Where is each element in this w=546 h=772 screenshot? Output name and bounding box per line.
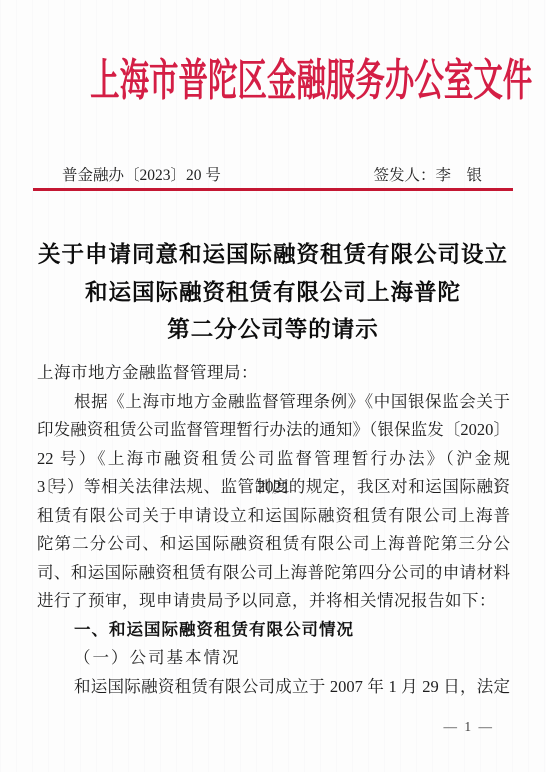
document-number: 普金融办〔2023〕20 号	[62, 166, 221, 186]
letterhead-title: 上海市普陀区金融服务办公室文件	[90, 57, 456, 105]
body-line: 印发融资租赁公司监督管理暂行办法的通知》（银保监发〔2020〕	[37, 416, 510, 445]
document-title-line-3: 第二分公司等的请示	[20, 311, 526, 349]
document-page: 上海市普陀区金融服务办公室文件 普金融办〔2023〕20 号 签发人：李 银 关…	[0, 0, 546, 772]
subsection-heading-1: （一）公司基本情况	[37, 644, 510, 673]
page-number: — 1 —	[444, 718, 495, 736]
document-title-line-1: 关于申请同意和运国际融资租赁有限公司设立	[20, 236, 526, 274]
signer-label: 签发人：李 银	[373, 166, 482, 186]
document-title: 关于申请同意和运国际融资租赁有限公司设立 和运国际融资租赁有限公司上海普陀 第二…	[20, 236, 526, 349]
red-divider-rule	[33, 188, 513, 191]
document-title-line-2: 和运国际融资租赁有限公司上海普陀	[20, 274, 526, 312]
body-line: 22 号）《上海市融资租赁公司监督管理暂行办法》（沪金规〔2021〕	[37, 445, 510, 474]
section-heading-1: 一、和运国际融资租赁有限公司情况	[37, 616, 510, 645]
body-line-salutation: 上海市地方金融监督管理局：	[37, 359, 510, 388]
body-line: 租赁有限公司关于申请设立和运国际融资租赁有限公司上海普	[37, 502, 510, 531]
body-line: 和运国际融资租赁有限公司成立于 2007 年 1 月 29 日，法定	[37, 673, 510, 702]
body-line: 3 号）等相关法律法规、监管制度的规定，我区对和运国际融资	[37, 473, 510, 502]
body-line: 根据《上海市地方金融监督管理条例》《中国银保监会关于	[37, 388, 510, 417]
body-line: 进行了预审，现申请贵局予以同意，并将相关情况报告如下：	[37, 587, 510, 616]
document-meta-row: 普金融办〔2023〕20 号 签发人：李 银	[62, 166, 482, 186]
body-line: 司、和运国际融资租赁有限公司上海普陀第四分公司的申请材料	[37, 559, 510, 588]
document-body: 上海市地方金融监督管理局： 根据《上海市地方金融监督管理条例》《中国银保监会关于…	[37, 359, 510, 701]
body-line: 陀第二分公司、和运国际融资租赁有限公司上海普陀第三分公	[37, 530, 510, 559]
